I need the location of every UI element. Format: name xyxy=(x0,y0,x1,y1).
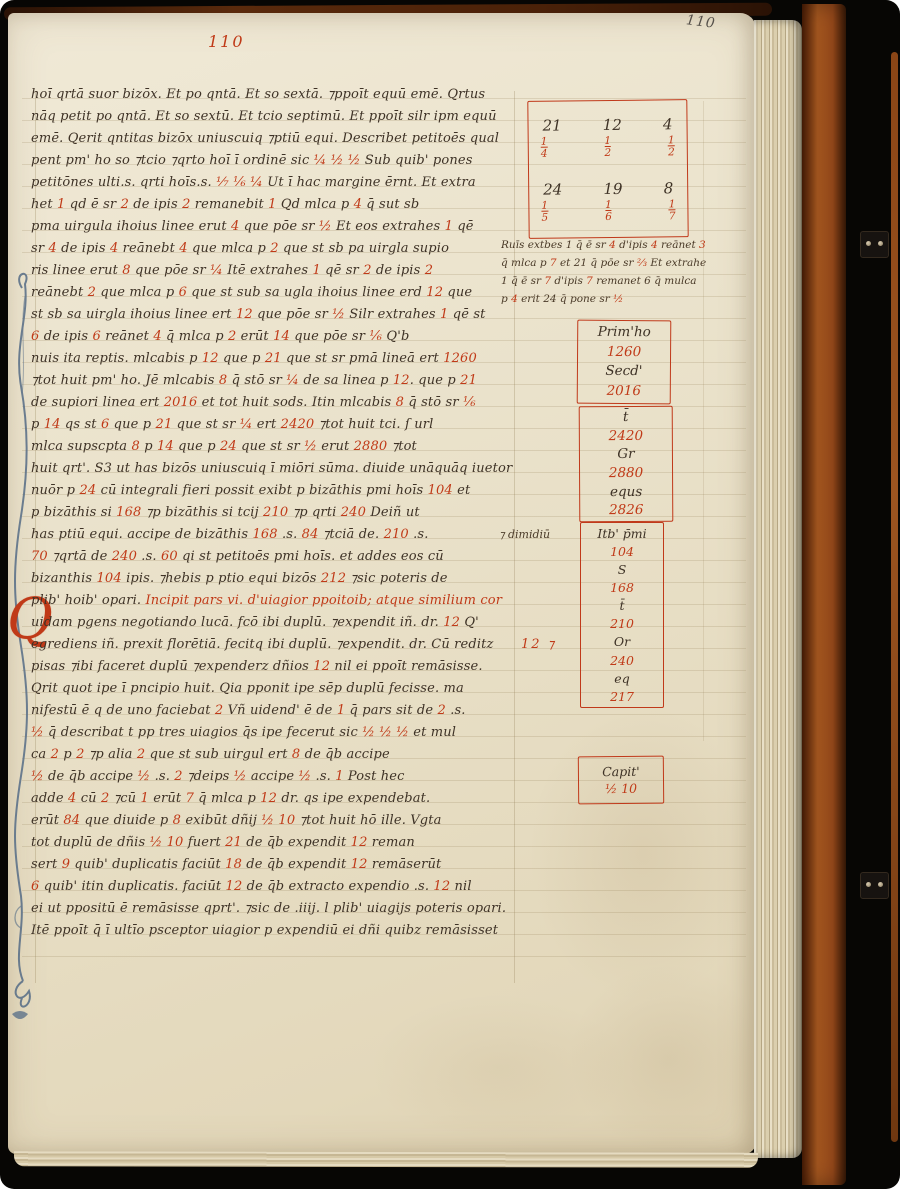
table-fraction: 12 xyxy=(668,135,675,157)
box-line: 2880 xyxy=(580,465,672,482)
margin-guide-line xyxy=(703,101,704,741)
manuscript-line: emē. Qerit qntitas bizōx uniuscuiq ⁊ptiū… xyxy=(31,128,517,150)
table-fraction: 12 xyxy=(604,136,611,158)
manuscript-line: petitōnes ulti.s. qrti hoīs.s. ⅐ ⅙ ¼ Ut … xyxy=(31,172,517,194)
parchment-stain xyxy=(568,963,768,1153)
horse-table-row: 21124141212 xyxy=(534,115,680,159)
manuscript-line: st sb sa uirgla ihoius linee ert 12 que … xyxy=(31,304,517,326)
box-line: 2016 xyxy=(578,383,670,401)
manuscript-line: 6 quib' itin duplicatis. faciūt 12 de q̄… xyxy=(31,876,517,898)
manuscript-line: nifestū ē q de uno faciebat 2 Vñ uidend'… xyxy=(31,700,517,722)
leather-cover-right xyxy=(802,4,846,1185)
box-line: Or xyxy=(581,634,663,650)
box-line: 210 xyxy=(581,616,663,632)
folio-number-rubric: 110 xyxy=(208,32,278,51)
box-line: Prim'ho xyxy=(578,324,670,342)
box-value: ½ 10 xyxy=(579,781,663,797)
manuscript-line: reānebt 2 que mlca p 6 que st sub sa ugl… xyxy=(31,282,517,304)
table-number: 4 xyxy=(663,115,673,133)
main-text-block: hoī qrtā suor bizōx. Et po qntā. Et so s… xyxy=(31,84,517,942)
table-number: 12 xyxy=(603,116,622,134)
margin-box-primus-secundus: Prim'ho1260Secd'2016 xyxy=(577,320,672,405)
table-number: 21 xyxy=(542,116,561,134)
box-line: Secd' xyxy=(578,363,670,381)
table-fraction: 16 xyxy=(605,200,612,222)
manuscript-line: bizanthis 104 ipis. ⁊hebis p ptio equi b… xyxy=(31,568,517,590)
manuscript-line: nuōr p 24 cū integrali fieri possit exib… xyxy=(31,480,517,502)
manuscript-line: sr 4 de ipis 4 reānebt 4 que mlca p 2 qu… xyxy=(31,238,517,260)
box-line: 168 xyxy=(581,580,663,596)
manuscript-line: pent pm' ho so ⁊tcio ⁊qrto hoī ī ordinē … xyxy=(31,150,517,172)
manuscript-line: pisas ⁊ibi faceret duplū ⁊expenderz dñio… xyxy=(31,656,517,678)
manuscript-line: het 1 qd ē sr 2 de ipis 2 remanebit 1 Qd… xyxy=(31,194,517,216)
parchment-stain xyxy=(368,993,628,1143)
manuscript-line: egrediens iñ. prexit florētiā. fecitq ib… xyxy=(31,634,517,656)
manuscript-line: 6 de ipis 6 reānet 4 q̄ mlca p 2 erūt 14… xyxy=(31,326,517,348)
box-line: 217 xyxy=(581,689,663,705)
manuscript-photo: 110 110 Q hoī qrtā suor bizōx. Et po qnt… xyxy=(0,0,900,1189)
manuscript-line: Qrit quot ipe ī pncipio huit. Qia pponit… xyxy=(31,678,517,700)
margin-note-12: 12 ⁊ xyxy=(521,637,556,652)
manuscript-line: has ptiū equi. accipe de bizāthis 168 .s… xyxy=(31,524,517,546)
box-line: 104 xyxy=(581,544,663,560)
gloss-line: q̄ mlca p 7 et 21 q̄ pōe sr ⅔ Et extrahe xyxy=(501,254,719,272)
margin-box-tercius-quartus: t̄2420Gr2880equs2826 xyxy=(579,406,674,522)
table-number: 8 xyxy=(664,179,674,197)
box-line: 240 xyxy=(581,653,663,669)
manuscript-line: tot duplū de dñis ½ 10 fuert 21 de q̄b e… xyxy=(31,832,517,854)
margin-box-bizantii: Itb' p̄mi 104S168t̄210Or240eq217 xyxy=(580,522,664,708)
horse-table-row: 24198151617 xyxy=(535,179,681,223)
manuscript-line: adde 4 cū 2 ⁊cū 1 erūt 7 q̄ mlca p 12 dr… xyxy=(31,788,517,810)
table-fraction: 17 xyxy=(669,199,676,221)
table-number: 24 xyxy=(543,180,562,198)
margin-box-capitale: Capit' ½ 10 xyxy=(578,756,664,805)
manuscript-line: nuis ita reptis. mlcabis p 12 que p 21 q… xyxy=(31,348,517,370)
gloss-line: 1 q̄ ē sr 7 d'ipis 7 remanet 6 q̄ mulca xyxy=(501,272,719,290)
clasp-fitting-bottom xyxy=(860,872,889,899)
box-header: Itb' p̄mi xyxy=(581,526,663,542)
manuscript-line: p 14 qs st 6 que p 21 que st sr ¼ ert 24… xyxy=(31,414,517,436)
table-number: 19 xyxy=(603,180,622,198)
folio-number-modern: 110 xyxy=(685,12,716,32)
box-header: Capit' xyxy=(579,764,663,780)
box-line: equs xyxy=(580,483,672,500)
manuscript-line: ei ut ppositū ē remāsisse qprt'. ⁊sic de… xyxy=(31,898,517,920)
box-line: t̄ xyxy=(580,409,672,426)
manuscript-line: erūt 84 que diuide p 8 exibūt dñij ½ 10 … xyxy=(31,810,517,832)
manuscript-line: ris linee erut 8 que pōe sr ¼ Itē extrah… xyxy=(31,260,517,282)
manuscript-line: 70 ⁊qrtā de 240 .s. 60 qi st petitoēs pm… xyxy=(31,546,517,568)
box-line: 1260 xyxy=(578,343,670,361)
margin-gloss: Ruīs extbes 1 q̄ ē sr 4 d'ipis 4 reānet … xyxy=(501,236,719,308)
manuscript-line: ½ q̄ describat t pp tres uiagios q̄s ipe… xyxy=(31,722,517,744)
margin-note-dimidium: ⁊ dimidiū xyxy=(499,528,550,541)
manuscript-line: huit qrt'. S3 ut has bizōs uniuscuiq ī m… xyxy=(31,458,517,480)
margin-box-horse-table: 2112414121224198151617 xyxy=(527,99,688,239)
manuscript-line: p bizāthis si 168 ⁊p bizāthis si tcij 21… xyxy=(31,502,517,524)
table-fraction: 15 xyxy=(541,201,548,223)
box-line: 2420 xyxy=(580,427,672,444)
page-edges-stack xyxy=(754,20,802,1158)
manuscript-line: de supiori linea ert 2016 et tot huit so… xyxy=(31,392,517,414)
manuscript-line: ca 2 p 2 ⁊p alia 2 que st sub uirgul ert… xyxy=(31,744,517,766)
clasp-fitting-top xyxy=(860,231,889,258)
manuscript-line: Itē ppoīt q̄ ī ultīo psceptor uiagior p … xyxy=(31,920,517,942)
box-line: S xyxy=(581,562,663,578)
gloss-line: Ruīs extbes 1 q̄ ē sr 4 d'ipis 4 reānet … xyxy=(501,236,719,254)
manuscript-line: nāq petit po qntā. Et so sextū. Et tcio … xyxy=(31,106,517,128)
gloss-line: p 4 erit 24 q̄ pone sr ½ xyxy=(501,290,719,308)
manuscript-line: ½ de q̄b accipe ½ .s. 2 ⁊deips ½ accipe … xyxy=(31,766,517,788)
box-line: t̄ xyxy=(581,598,663,614)
manuscript-line: uidam pgens negotiando lucā. fcō ibi dup… xyxy=(31,612,517,634)
box-line: Gr xyxy=(580,446,672,463)
back-cover-edge xyxy=(891,52,898,1142)
manuscript-line: ⁊tot huit pm' ho. Jē mlcabis 8 q̄ stō sr… xyxy=(31,370,517,392)
manuscript-line: mlca supscpta 8 p 14 que p 24 que st sr … xyxy=(31,436,517,458)
page-edges-bottom xyxy=(14,1151,758,1168)
manuscript-line: hoī qrtā suor bizōx. Et po qntā. Et so s… xyxy=(31,84,517,106)
manuscript-line: plib' hoib' opari. Incipit pars vi. d'ui… xyxy=(31,590,517,612)
manuscript-line: sert 9 quib' duplicatis faciūt 18 de q̄b… xyxy=(31,854,517,876)
parchment-stain xyxy=(528,703,758,1003)
manuscript-line: pma uirgula ihoius linee erut 4 que pōe … xyxy=(31,216,517,238)
table-fraction: 14 xyxy=(541,137,548,159)
box-line: eq xyxy=(581,671,663,687)
box-line: 2826 xyxy=(580,502,672,519)
